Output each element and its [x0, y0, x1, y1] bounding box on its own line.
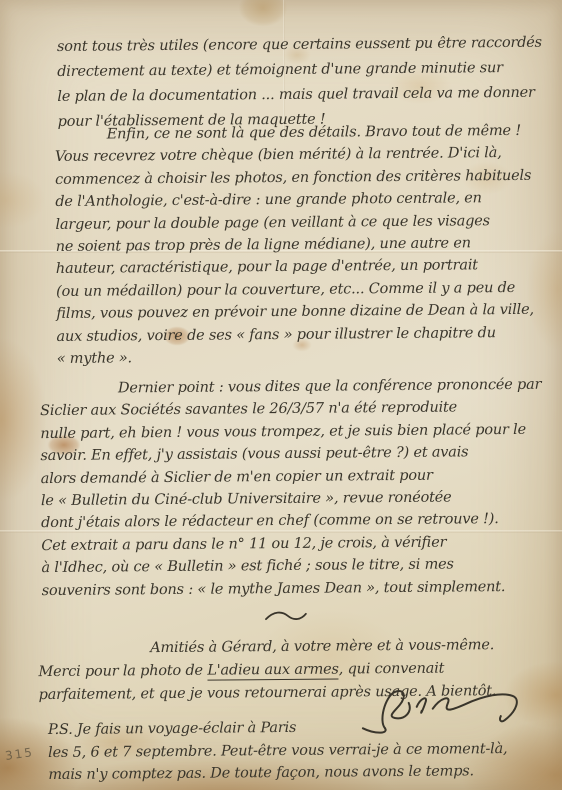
handwritten-line: savoir. En effet, j'y assistais (vous au… [40, 441, 542, 468]
closing-line2-prefix: Merci pour la photo de [38, 663, 207, 680]
handwritten-line: « mythe ». [57, 344, 535, 371]
handwriting-layer: sont tous très utiles (encore que certai… [0, 0, 562, 790]
paragraph-postscript: P.S. Je fais un voyage-éclair à Paris le… [48, 715, 508, 787]
wavy-line-divider-icon [264, 608, 308, 628]
handwritten-line: aux studios, voire de ses « fans » pour … [56, 321, 534, 348]
paragraph-conference-bulletin: Dernier point : vous dites que la confér… [40, 374, 543, 602]
paragraph-photo-instructions: Enfin, ce ne sont là que des détails. Br… [55, 120, 535, 371]
handwritten-line: le plan de la documentation ... mais que… [57, 81, 542, 110]
paragraph-opening: sont tous très utiles (encore que certai… [57, 31, 543, 135]
closing-line2-suffix: , qui convenait [339, 661, 445, 678]
handwritten-line: mais n'y comptez pas. De toute façon, no… [48, 760, 507, 787]
handwritten-line: dont j'étais alors le rédacteur en chef … [41, 508, 543, 535]
letter-page: sont tous très utiles (encore que certai… [0, 0, 562, 790]
handwritten-line: souvenirs sont bons : « le mythe James D… [42, 575, 544, 602]
underlined-film-title: L'adieu aux armes [207, 662, 339, 681]
